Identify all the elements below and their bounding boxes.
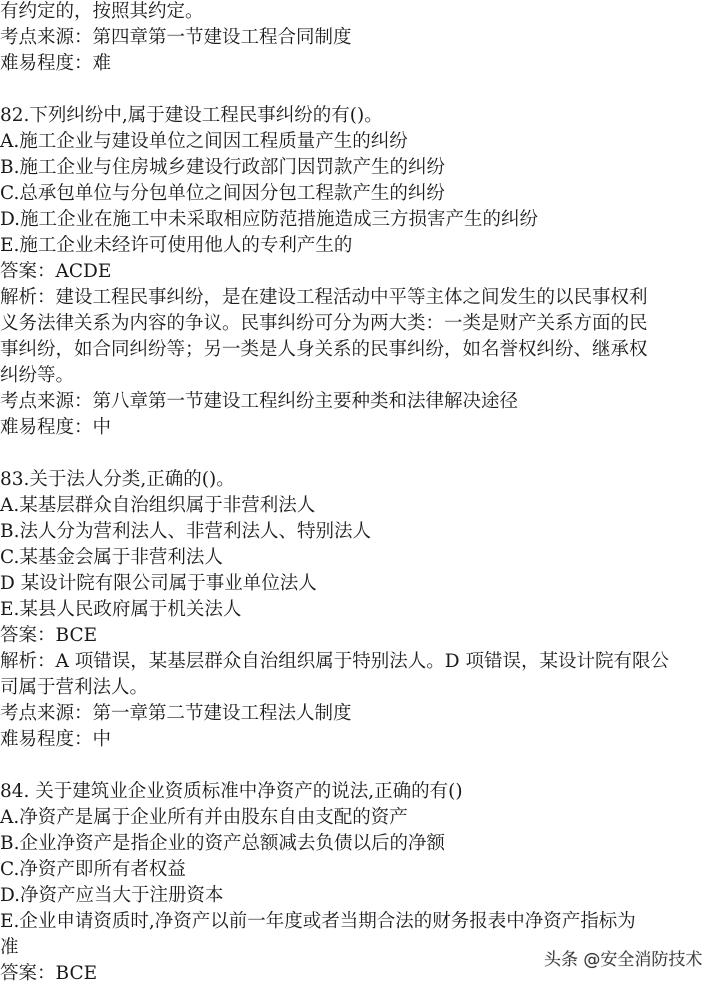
spacer xyxy=(0,753,703,779)
option-c: C.某基金会属于非营利法人 xyxy=(0,545,703,571)
spacer xyxy=(0,441,703,467)
analysis-line: 解析：A 项错误，某基层群众自治组织属于特别法人。D 项错误，某设计院有限公 xyxy=(0,649,703,675)
analysis-line: 司属于营利法人。 xyxy=(0,675,703,701)
analysis-line: 事纠纷，如合同纠纷等；另一类是人身关系的民事纠纷，如名誉权纠纷、继承权 xyxy=(0,337,703,363)
option-d: D.净资产应当大于注册资本 xyxy=(0,883,703,909)
analysis-line: 纠纷等。 xyxy=(0,363,703,389)
question-stem: 83.关于法人分类,正确的()。 xyxy=(0,467,703,493)
option-b: B.施工企业与住房城乡建设行政部门因罚款产生的纠纷 xyxy=(0,155,703,181)
source: 考点来源：第一章第二节建设工程法人制度 xyxy=(0,701,703,727)
option-d: D.施工企业在施工中未采取相应防范措施造成三方损害产生的纠纷 xyxy=(0,207,703,233)
analysis-line: 义务法律关系为内容的争议。民事纠纷可分为两大类：一类是财产关系方面的民 xyxy=(0,311,703,337)
option-e: E.某县人民政府属于机关法人 xyxy=(0,597,703,623)
document-page: 有约定的，按照其约定。 考点来源：第四章第一节建设工程合同制度 难易程度：难 8… xyxy=(0,0,703,982)
question-stem: 82.下列纠纷中,属于建设工程民事纠纷的有()。 xyxy=(0,103,703,129)
spacer xyxy=(0,77,703,103)
option-a: A.某基层群众自治组织属于非营利法人 xyxy=(0,493,703,519)
difficulty: 难易程度：中 xyxy=(0,727,703,753)
prev-question-source: 考点来源：第四章第一节建设工程合同制度 xyxy=(0,25,703,51)
answer: 答案：ACDE xyxy=(0,259,703,285)
answer: 答案：BCE xyxy=(0,623,703,649)
option-e: E.施工企业未经许可使用他人的专利产生的 xyxy=(0,233,703,259)
question-83: 83.关于法人分类,正确的()。 A.某基层群众自治组织属于非营利法人 B.法人… xyxy=(0,467,703,753)
option-c: C.总承包单位与分包单位之间因分包工程款产生的纠纷 xyxy=(0,181,703,207)
question-stem: 84. 关于建筑业企业资质标准中净资产的说法,正确的有() xyxy=(0,779,703,805)
difficulty: 难易程度：中 xyxy=(0,415,703,441)
option-b: B.法人分为营利法人、非营利法人、特别法人 xyxy=(0,519,703,545)
option-d: D 某设计院有限公司属于事业单位法人 xyxy=(0,571,703,597)
option-c: C.净资产即所有者权益 xyxy=(0,857,703,883)
option-e: E.企业申请资质时,净资产以前一年度或者当期合法的财务报表中净资产指标为 xyxy=(0,909,703,935)
question-82: 82.下列纠纷中,属于建设工程民事纠纷的有()。 A.施工企业与建设单位之间因工… xyxy=(0,103,703,441)
option-a: A.净资产是属于企业所有并由股东自由支配的资产 xyxy=(0,805,703,831)
source: 考点来源：第八章第一节建设工程纠纷主要种类和法律解决途径 xyxy=(0,389,703,415)
prev-question-difficulty: 难易程度：难 xyxy=(0,51,703,77)
analysis-line: 解析：建设工程民事纠纷，是在建设工程活动中平等主体之间发生的以民事权利 xyxy=(0,285,703,311)
option-a: A.施工企业与建设单位之间因工程质量产生的纠纷 xyxy=(0,129,703,155)
prev-question-tail: 有约定的，按照其约定。 xyxy=(0,0,703,25)
watermark: 头条 @安全消防技术 xyxy=(544,945,702,970)
option-b: B.企业净资产是指企业的资产总额减去负债以后的净额 xyxy=(0,831,703,857)
